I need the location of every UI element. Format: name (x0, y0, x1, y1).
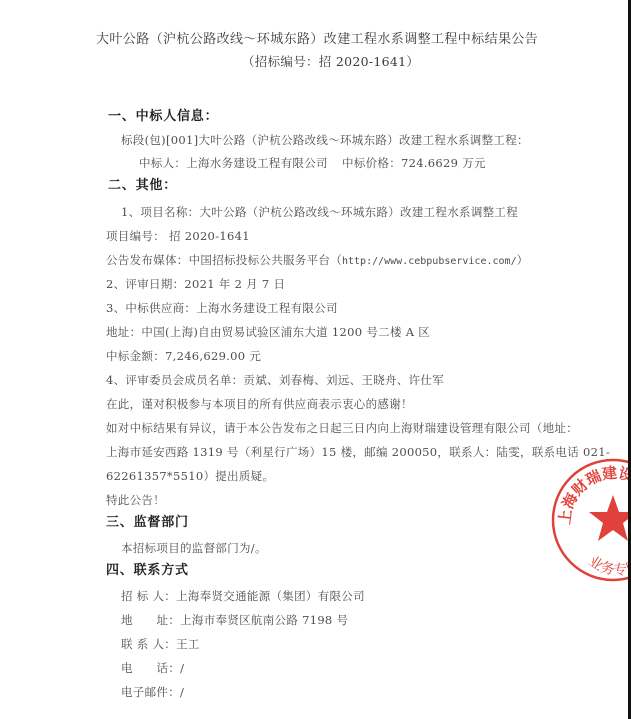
winning-price: 中标价格：724.6629 万元 (342, 156, 486, 170)
official-seal-icon: 上海财瑞建设管理 业务专用 (548, 455, 631, 585)
project-number: 项目编号： 招 2020-1641 (106, 229, 250, 243)
section-3-heading: 三、监督部门 (106, 516, 189, 530)
committee-members: 4、评审委员会成员名单：贡斌、刘春梅、刘远、王晓舟、许仕军 (106, 373, 444, 387)
document-subtitle: （招标编号：招 2020-1641） (242, 55, 419, 69)
document-title: 大叶公路（沪杭公路改线～环城东路）改建工程水系调整工程中标结果公告 (96, 33, 538, 47)
winning-amount: 中标金额：7,246,629.00 元 (106, 349, 261, 363)
objection-text-3: 62261357*5510）提出质疑。 (106, 469, 274, 483)
lot-line: 标段(包)[001]大叶公路（沪杭公路改线～环城东路）改建工程水系调整工程： (121, 133, 529, 147)
review-date: 2、评审日期：2021 年 2 月 7 日 (106, 277, 285, 291)
section-1-heading: 一、中标人信息： (108, 110, 218, 124)
media-url-link[interactable]: http://www.cebpubservice.com/ (342, 256, 517, 267)
section-2-heading: 二、其他： (108, 179, 177, 193)
email: 电子邮件：/ (121, 685, 184, 699)
document-page: 大叶公路（沪杭公路改线～环城东路）改建工程水系调整工程中标结果公告 （招标编号：… (0, 0, 631, 719)
supplier-address: 地址：中国(上海)自由贸易试验区浦东大道 1200 号二楼 A 区 (106, 325, 430, 339)
contact-person: 联 系 人：王工 (121, 637, 200, 651)
objection-text-2: 上海市延安西路 1319 号（利星行广场）15 楼，邮编 200050，联系人：… (106, 445, 610, 459)
tenderer-address: 地 址：上海市奉贤区航南公路 7198 号 (121, 613, 348, 627)
project-name: 1、项目名称：大叶公路（沪杭公路改线～环城东路）改建工程水系调整工程 (121, 205, 518, 219)
media-suffix: ） (517, 253, 529, 267)
svg-text:业务专用: 业务专用 (585, 553, 631, 578)
objection-text-1: 如对中标结果有异议，请于本公告发布之日起三日内向上海财瑞建设管理有限公司（地址： (106, 421, 578, 435)
tenderer: 招 标 人：上海奉贤交通能源（集团）有限公司 (121, 589, 365, 603)
section-4-heading: 四、联系方式 (106, 564, 189, 578)
phone: 电 话：/ (121, 661, 184, 675)
media-prefix: 公告发布媒体：中国招标投标公共服务平台（ (106, 253, 342, 267)
supervision-text: 本招标项目的监督部门为/。 (121, 541, 267, 555)
closing-text: 特此公告！ (106, 493, 165, 507)
seal-bottom-text: 业务专用 (585, 553, 631, 578)
publication-media: 公告发布媒体：中国招标投标公共服务平台（http://www.cebpubser… (106, 253, 528, 269)
winner-label: 中标人：上海水务建设工程有限公司 (139, 156, 328, 170)
thanks-text: 在此，谨对积极参与本项目的所有供应商表示衷心的感谢！ (106, 397, 413, 411)
winning-supplier: 3、中标供应商：上海水务建设工程有限公司 (106, 301, 338, 315)
